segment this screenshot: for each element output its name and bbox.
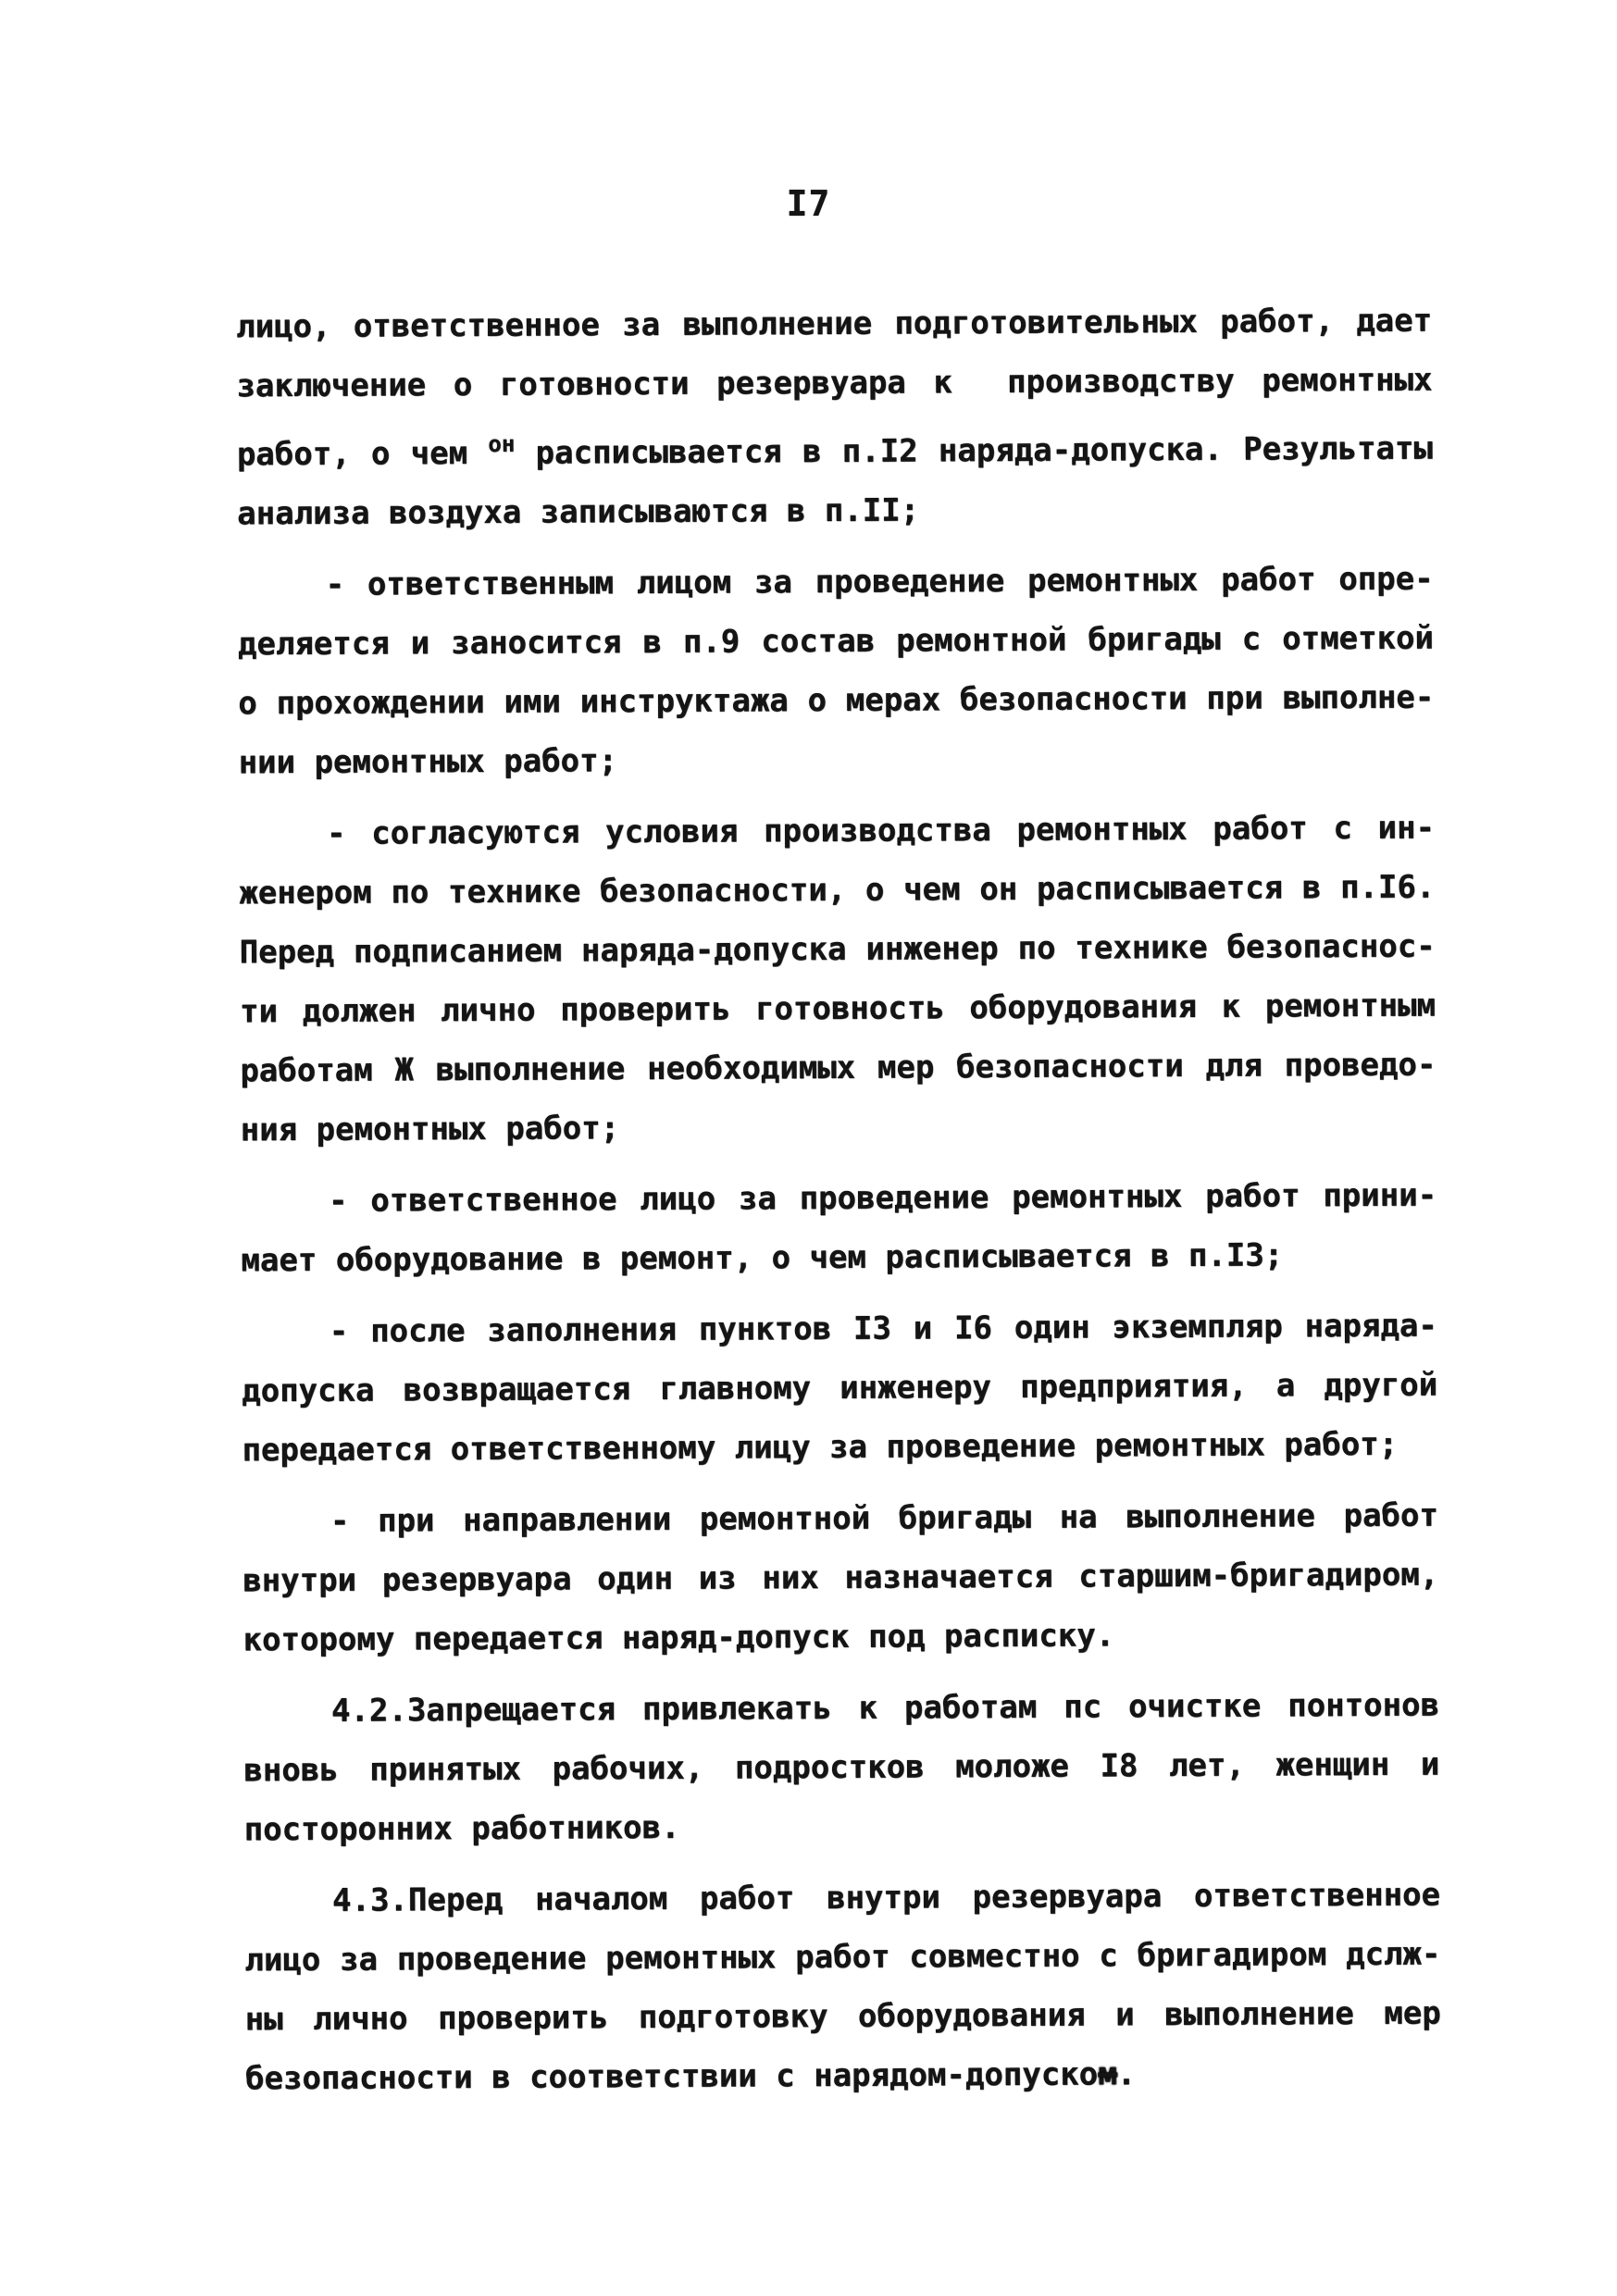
text-segment: безопасности в соответствии с нарядом-до…: [245, 2056, 1098, 2098]
text-line: анализа воздуха записываются в п.II;: [237, 478, 1433, 544]
text-line: работ, о чем он расписывается в п.I2 нар…: [237, 410, 1433, 485]
text-line: внутри резервуара один из них назначаетс…: [243, 1545, 1438, 1611]
text-segment: - ответственное лицо за проведение ремон…: [329, 1177, 1437, 1220]
paragraph: 4.2.Запрещается привлекать к работам пс …: [243, 1676, 1440, 1860]
text-line: деляется и заносится в п.9 состав ремонт…: [238, 609, 1434, 675]
text-line: мает оборудование в ремонт, о чем распис…: [241, 1225, 1437, 1291]
text-line: лицо, ответственное за выполнение подгот…: [236, 292, 1432, 357]
text-segment: ти должен лично проверить готовность обо…: [240, 987, 1436, 1031]
text-segment: допуска возвращается главному инженеру п…: [242, 1367, 1437, 1410]
text-segment: деляется и заносится в п.9 состав ремонт…: [238, 620, 1434, 664]
text-line: безопасности в соответствии с нарядом-до…: [245, 2043, 1441, 2109]
text-line: которому передается наряд-допуск под рас…: [243, 1605, 1438, 1670]
text-segment: передается ответственному лицу за провед…: [242, 1426, 1398, 1470]
text-segment: которому передается наряд-допуск под рас…: [243, 1617, 1115, 1658]
text-segment: - после заполнения пунктов I3 и I6 один …: [330, 1308, 1437, 1350]
text-line: ны лично проверить подготовку оборудован…: [245, 1984, 1441, 2050]
page-number: I7: [0, 183, 1617, 224]
text-segment: заключение о готовности резервуара к про…: [236, 362, 1432, 405]
paragraph: - согласуются условия производства ремон…: [239, 799, 1437, 1160]
scanned-page: I7 лицо, ответственное за выполнение под…: [0, 0, 1617, 2296]
text-segment: анализа воздуха записываются в п.II;: [237, 492, 919, 533]
paragraph: - после заполнения пунктов I3 и I6 один …: [242, 1297, 1438, 1481]
text-line: передается ответственному лицу за провед…: [242, 1415, 1437, 1481]
text-line: нии ремонтных работ;: [238, 727, 1434, 793]
text-line: - ответственным лицом за проведение ремо…: [237, 550, 1433, 615]
text-line: посторонних работников.: [244, 1794, 1440, 1860]
text-segment: расписывается в п.I2 наряда-допуска. Рез…: [515, 430, 1433, 472]
text-segment: - согласуются условия производства ремон…: [327, 810, 1435, 852]
text-line: - после заполнения пунктов I3 и I6 один …: [242, 1297, 1437, 1362]
overstruck-text: м: [1098, 2055, 1117, 2092]
text-segment: Перед подписанием наряда-допуска инженер…: [240, 928, 1436, 972]
text-segment: мает оборудование в ремонт, о чем распис…: [241, 1236, 1283, 1279]
document-body: лицо, ответственное за выполнение подгот…: [236, 292, 1441, 2121]
paragraph: - ответственным лицом за проведение ремо…: [237, 550, 1434, 793]
paragraph: 4.3.Перед началом работ внутри резервуар…: [244, 1866, 1441, 2109]
paragraph: - ответственное лицо за проведение ремон…: [241, 1166, 1437, 1291]
text-segment: ны лично проверить подготовку оборудован…: [245, 1995, 1441, 2039]
text-segment: внутри резервуара один из них назначаетс…: [243, 1557, 1438, 1600]
text-segment: вновь принятых рабочих, подростков молож…: [243, 1746, 1439, 1790]
text-segment: о прохождении ими инструктажа о мерах бе…: [238, 679, 1434, 723]
text-segment: 4.2.Запрещается привлекать к работам пс …: [331, 1687, 1439, 1730]
text-line: Перед подписанием наряда-допуска инженер…: [240, 917, 1436, 983]
text-line: - ответственное лицо за проведение ремон…: [241, 1166, 1437, 1232]
text-segment: нии ремонтных работ;: [239, 742, 618, 781]
text-segment: работам Ж выполнение необходимых мер без…: [240, 1047, 1436, 1090]
paragraph: лицо, ответственное за выполнение подгот…: [236, 292, 1433, 544]
superscript-insertion: он: [488, 431, 515, 457]
text-line: женером по технике безопасности, о чем о…: [239, 858, 1435, 924]
text-segment: 4.3.Перед началом работ внутри резервуар…: [332, 1877, 1440, 1919]
text-line: - согласуются условия производства ремон…: [239, 799, 1435, 864]
text-segment: - при направлении ремонтной бригады на в…: [330, 1497, 1438, 1540]
text-line: вновь принятых рабочих, подростков молож…: [243, 1735, 1439, 1801]
text-segment: женером по технике безопасности, о чем о…: [239, 869, 1435, 912]
text-segment: .: [1117, 2055, 1137, 2092]
text-segment: ния ремонтных работ;: [241, 1110, 620, 1148]
text-segment: посторонних работников.: [244, 1809, 680, 1848]
text-segment: работ, о чем: [237, 435, 489, 473]
text-segment: лицо за проведение ремонтных работ совме…: [244, 1936, 1440, 1980]
text-line: работам Ж выполнение необходимых мер без…: [240, 1036, 1436, 1101]
text-segment: лицо, ответственное за выполнение подгот…: [236, 303, 1432, 346]
text-line: ния ремонтных работ;: [241, 1095, 1437, 1160]
text-line: 4.3.Перед началом работ внутри резервуар…: [244, 1866, 1440, 1931]
text-line: допуска возвращается главному инженеру п…: [242, 1356, 1437, 1421]
paragraph: - при направлении ремонтной бригады на в…: [243, 1486, 1439, 1670]
text-line: заключение о готовности резервуара к про…: [236, 351, 1432, 416]
text-line: - при направлении ремонтной бригады на в…: [243, 1486, 1438, 1552]
text-line: лицо за проведение ремонтных работ совме…: [244, 1925, 1440, 1991]
text-line: ти должен лично проверить готовность обо…: [240, 976, 1436, 1042]
text-segment: - ответственным лицом за проведение ремо…: [326, 561, 1434, 603]
text-line: о прохождении ими инструктажа о мерах бе…: [238, 668, 1434, 734]
text-line: 4.2.Запрещается привлекать к работам пс …: [243, 1676, 1439, 1742]
